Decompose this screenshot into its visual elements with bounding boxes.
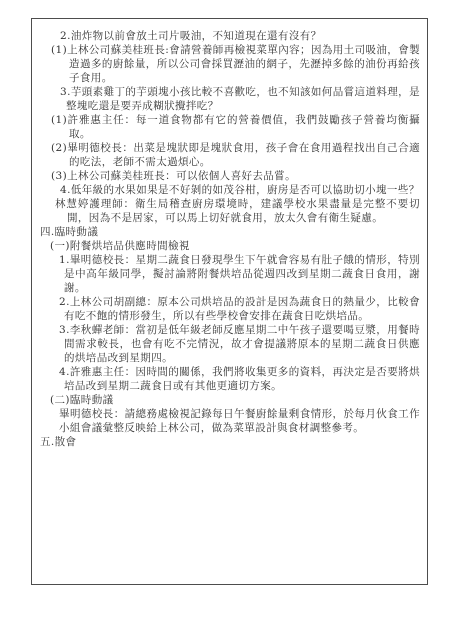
response-3-2: (2)畢明德校長：出菜是塊狀即是塊狀食用，孩子會在食用過程找出自己合適的吃法，老… bbox=[38, 141, 420, 169]
motion-1-item-4: 4.許雅惠主任：因時間的關係，我們將收集更多的資料，再決定是否要將烘培品改到星期… bbox=[38, 365, 420, 393]
section-heading-4: 四.臨時動議 bbox=[38, 225, 420, 239]
section-heading-5: 五.散會 bbox=[38, 435, 420, 449]
motion-1-item-3: 3.李秋蟬老師：當初是低年級老師反應星期二中午孩子還要喝豆漿，用餐時間需求較長，… bbox=[38, 323, 420, 365]
discussion-question-4: 4.低年級的水果如果是不好剝的如茂谷柑，廚房是否可以協助切小塊一些？ bbox=[38, 183, 420, 197]
response-4-nurse: 林慧婷護理師：衛生局稽查廚房環境時，建議學校水果盡量是完整不要切開，因為不是居家… bbox=[38, 197, 420, 225]
motion-2-content: 畢明德校長：請總務處檢視記錄每日午餐廚餘量剩食情形，於每月伙食工作小組會議彙整反… bbox=[38, 407, 420, 435]
response-3-3: (3)上林公司蘇美桂班長：可以依個人喜好去品嘗。 bbox=[38, 169, 420, 183]
response-3-1: (1)許雅惠主任：每一道食物都有它的營養價值，我們鼓勵孩子營養均衡攝取。 bbox=[38, 113, 420, 141]
discussion-question-2: 2.油炸物以前會放土司片吸油，不知道現在還有沒有？ bbox=[38, 29, 420, 43]
motion-2-heading: (二)臨時動議 bbox=[38, 393, 420, 407]
response-2-1: (1)上林公司蘇美桂班長:會請營養師再檢視菜單內容；因為用土司吸油，會製造過多的… bbox=[38, 43, 420, 85]
discussion-question-3: 3.芋頭素雞丁的芋頭塊小孩比較不喜歡吃，也不知該如何品嘗這道料理，是整塊吃還是要… bbox=[38, 85, 420, 113]
motion-1-item-2: 2.上林公司胡副總：原本公司烘培品的設計是因為蔬食日的熱量少，比較會有吃不飽的情… bbox=[38, 295, 420, 323]
minutes-border-frame: 2.油炸物以前會放土司片吸油，不知道現在還有沒有？ (1)上林公司蘇美桂班長:會… bbox=[31, 18, 428, 585]
motion-1-heading: (一)附餐烘培品供應時間檢視 bbox=[38, 239, 420, 253]
motion-1-item-1: 1.畢明德校長：星期二蔬食日發現學生下午就會容易有肚子餓的情形，特別是中高年級同… bbox=[38, 253, 420, 295]
meeting-minutes-page: 2.油炸物以前會放土司片吸油，不知道現在還有沒有？ (1)上林公司蘇美桂班長:會… bbox=[0, 0, 452, 640]
